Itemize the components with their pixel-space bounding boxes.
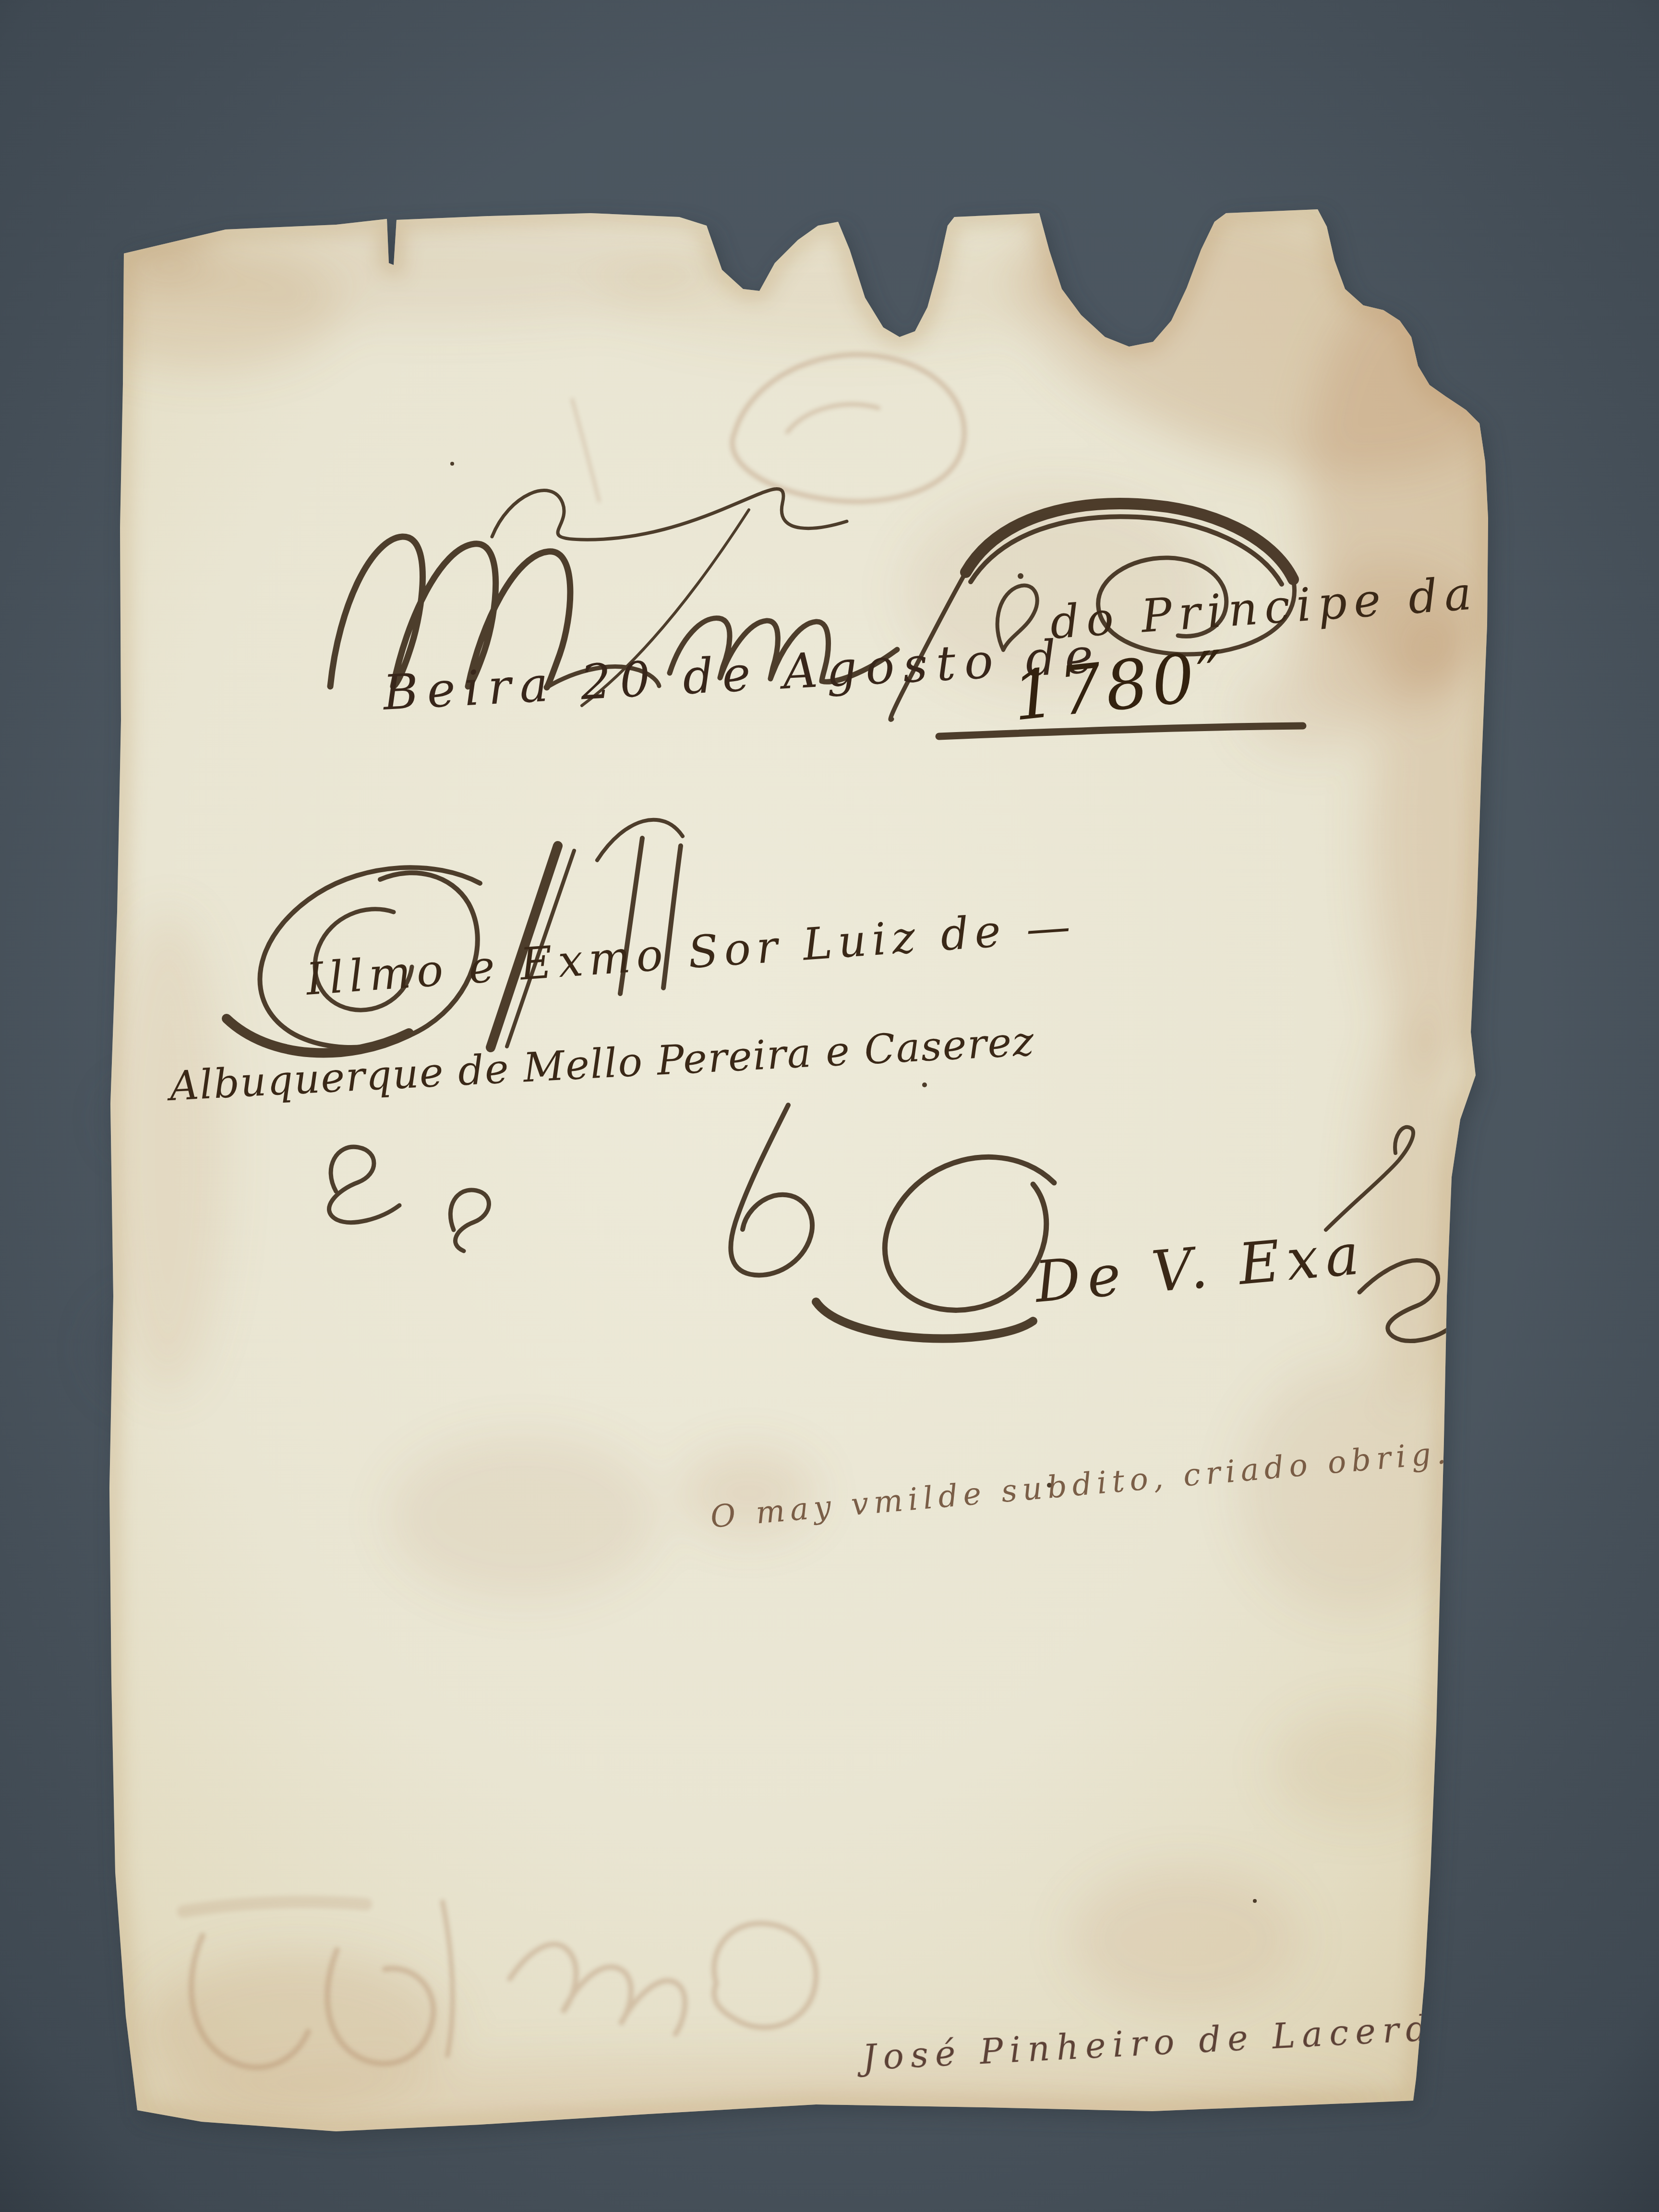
manuscript-scene: do Principe da Beira 20 de Agosto de 178…: [0, 0, 1659, 2212]
torn-paper-silhouette: [109, 209, 1488, 2131]
photo-of-manuscript: do Principe da Beira 20 de Agosto de 178…: [0, 0, 1659, 2212]
